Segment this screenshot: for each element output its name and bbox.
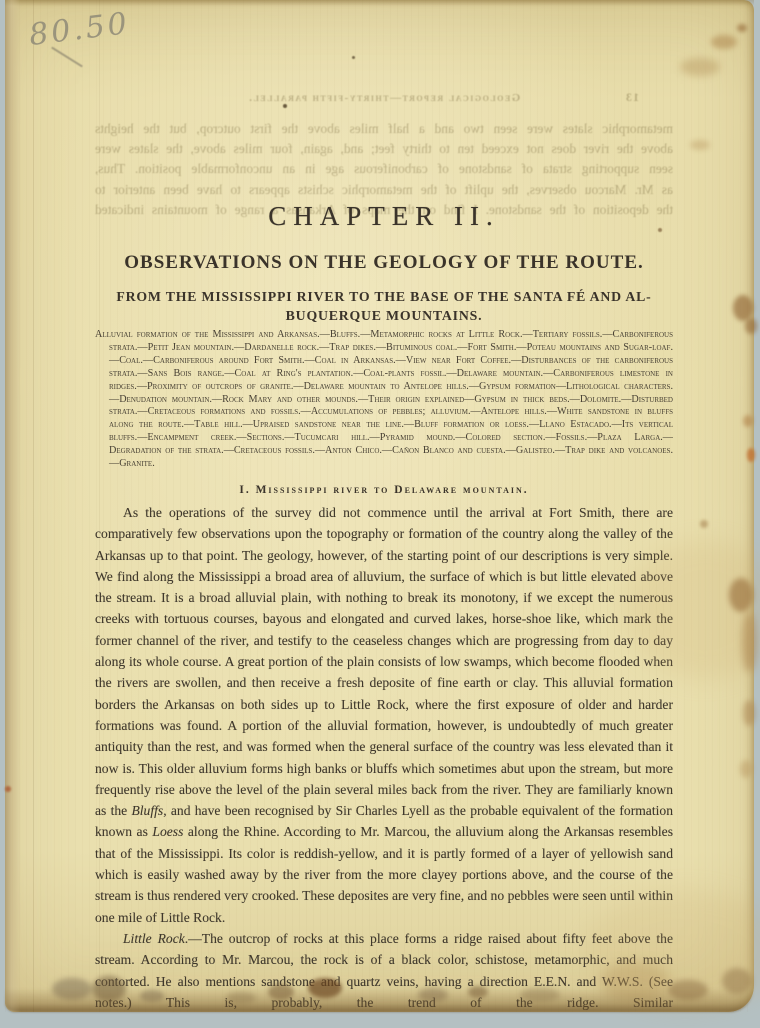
paragraph-text: As the operations of the survey did not … (95, 505, 673, 818)
bottom-edge-shadow (5, 988, 754, 1012)
bleedthrough-running-title: Geological report—thirty-fifth parallel. (248, 92, 521, 104)
paragraph: As the operations of the survey did not … (95, 502, 673, 928)
section-heading: I. Mississippi river to Delaware mountai… (95, 484, 673, 496)
body-text: As the operations of the survey did not … (95, 502, 673, 1013)
chapter-title: CHAPTER II. (95, 201, 673, 232)
bleedthrough-line: as Mr. Marcou observes, the uplift of th… (95, 180, 673, 200)
paragraph-italic-term: Bluffs (131, 803, 163, 818)
chapter-subtitle-line1: FROM THE MISSISSIPPI RIVER TO THE BASE O… (116, 289, 651, 304)
paragraph-italic-term: Loess (152, 824, 183, 839)
paper-page: 80.50 13 Geological report—thirty-fifth … (5, 0, 754, 1012)
bleedthrough-running-header: 13 Geological report—thirty-fifth parall… (95, 92, 673, 104)
bleedthrough-line: metamorphic slates were seen two and a h… (95, 119, 673, 139)
chapter-subtitle-line2: BUQUERQUE MOUNTAINS. (286, 308, 483, 323)
scanned-book-page-background: { "annotations": { "handwritten_price": … (0, 0, 760, 1028)
paragraph-italic-lead: Little Rock (123, 931, 185, 946)
paper-crease (33, 0, 34, 1012)
chapter-contents-summary: Alluvial formation of the Mississippi an… (95, 329, 673, 471)
bleedthrough-line: seen supporting strata of sandstone of c… (95, 159, 673, 179)
bleedthrough-page-number: 13 (625, 92, 640, 104)
chapter-subject-title: OBSERVATIONS ON THE GEOLOGY OF THE ROUTE… (95, 252, 673, 274)
paragraph-text: along the Rhine. According to Mr. Marcou… (95, 824, 673, 924)
bleedthrough-line: above the river does not exceed ten to t… (95, 139, 673, 159)
chapter-subtitle: FROM THE MISSISSIPPI RIVER TO THE BASE O… (95, 287, 673, 325)
